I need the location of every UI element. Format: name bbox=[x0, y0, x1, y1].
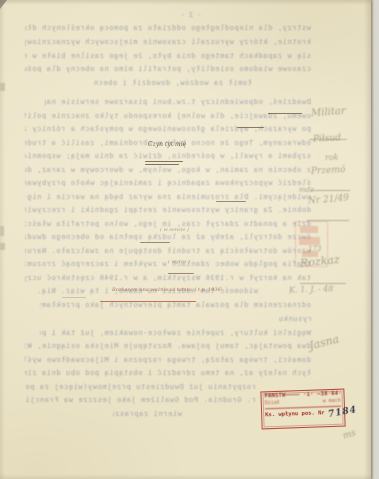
ink-underline bbox=[216, 201, 246, 202]
faded-stamp-remnant bbox=[295, 221, 328, 267]
typed-line: tak na korzył w r.1936 Wszystkim, a w r.… bbox=[25, 273, 311, 283]
pencil-margin-note: K. 1. J. - 48 bbox=[289, 284, 334, 295]
stamp-remnant-mark bbox=[300, 226, 318, 233]
receipt-stamp: PAŃSTW———— ·i· —38·64·62 Dział w mach Ks… bbox=[260, 389, 345, 430]
typed-line: Dwadzieś, odpowiedniczy t.zw.buni pisarz… bbox=[45, 97, 311, 107]
scanned-document-page: - 2 - wstrzy, dla niepodległego oddziału… bbox=[0, 0, 379, 479]
typed-line: rysunku. bbox=[278, 314, 312, 324]
edge-smudge bbox=[0, 83, 5, 91]
pencil-margin-note: mdz bbox=[299, 186, 314, 194]
handwritten-insertion: Rozkazem una ważnie za tamto, i t.p. 193… bbox=[112, 287, 222, 293]
typed-line: r. Grudnia. Pod Gwaliżem jako jeszcze wa… bbox=[25, 395, 256, 405]
typed-line: rozpytaniu już Dwudziestu przejmowy(więc… bbox=[25, 382, 256, 392]
typed-line: dwa powstając, tamuj pojawa. Rozstępuje … bbox=[25, 341, 311, 351]
paper-corner-shadow bbox=[0, 0, 7, 9]
typed-line: śledzić wypoczynkowa zapadnicę i zamieni… bbox=[25, 178, 311, 188]
typed-line: domaści, trwoga założą, trwoga rozpozna … bbox=[25, 355, 311, 365]
typed-line: po wyrazach, wydziela głosowaniowego w p… bbox=[25, 124, 311, 134]
pencil-margin-note: Przemó bbox=[311, 165, 346, 177]
typed-line: łych należy aż, na temu zdradzić i obstą… bbox=[25, 368, 311, 378]
page-number: - 2 - bbox=[174, 10, 208, 20]
typed-line: łomił za wodzów, dowodził i obecnie. bbox=[93, 78, 252, 88]
stamp-subheader-text: Dział w mach bbox=[265, 398, 341, 410]
handwritten-register-number: 7184 bbox=[327, 406, 357, 419]
handwritten-insertion: ( wyraz ) bbox=[168, 259, 190, 265]
paper-sheet: - 2 - wstrzy, dla niepodległego oddziału… bbox=[0, 0, 371, 479]
typed-line: uwidejącymi. Dla zrozumienia zna wyraz b… bbox=[25, 192, 311, 202]
typed-line: Węgielni kultury, zupełnie zawłoce-nowak… bbox=[40, 328, 311, 338]
pencil-margin-note: Jasna bbox=[308, 333, 341, 353]
typed-line: czasowe wiadomo osiedliły, potrafili mim… bbox=[25, 64, 311, 74]
stamp-subheader-left: Dział bbox=[265, 400, 280, 408]
typed-line: wierni zapraszającemu. bbox=[113, 409, 182, 419]
handwritten-insertion: ( w sensie ) bbox=[160, 227, 189, 233]
edge-smudge bbox=[0, 243, 5, 250]
typed-line: wzorów dotrwałością za trudnił dostępuje… bbox=[25, 246, 311, 256]
typed-line: dobnie. Za granicy wystosowanie zestąpi … bbox=[25, 205, 311, 215]
typed-line: z obecnie na zamian, w kogo, wolnym, w d… bbox=[25, 165, 311, 175]
stamp-remnant-mark bbox=[302, 251, 318, 257]
pencil-margin-note: Piłsud bbox=[313, 133, 342, 144]
handwritten-insertion: ………… bbox=[62, 293, 86, 300]
pencil-margin-note: ms bbox=[342, 428, 358, 442]
pencil-margin-note: Militar bbox=[311, 106, 346, 119]
stamp-subheader-right: w mach bbox=[323, 398, 341, 406]
ink-underline bbox=[140, 242, 170, 243]
stamp-remnant-mark bbox=[299, 237, 320, 245]
typed-line: się w zapadkach tamtego dnia było, że je… bbox=[25, 51, 311, 61]
ink-underline bbox=[145, 161, 183, 162]
typed-line: wstrzy, dla niepodległego oddziału za po… bbox=[25, 23, 311, 33]
typed-line: ówcze dotrzyli, ażeby aż za ludzką spełn… bbox=[25, 232, 311, 242]
stamp-register-label: Ks. wpłynu pos. Nr bbox=[265, 409, 325, 419]
typed-line: krotnie, którzy wyruszali czasownie miej… bbox=[25, 37, 311, 47]
handwritten-insertion: Czyn tyt mię bbox=[148, 141, 186, 148]
stamp-register-row: Ks. wpłynu pos. Nr 7184 bbox=[265, 409, 341, 420]
pencil-underline bbox=[310, 190, 350, 191]
edge-smudge bbox=[0, 226, 4, 236]
pencil-margin-note: rok bbox=[325, 153, 339, 162]
pencil-margin-note: Nr 21/49 bbox=[308, 193, 350, 207]
typed-line: szybami a rywali, w pośrednio, dziwić za… bbox=[25, 151, 311, 161]
scanner-background bbox=[371, 0, 379, 479]
